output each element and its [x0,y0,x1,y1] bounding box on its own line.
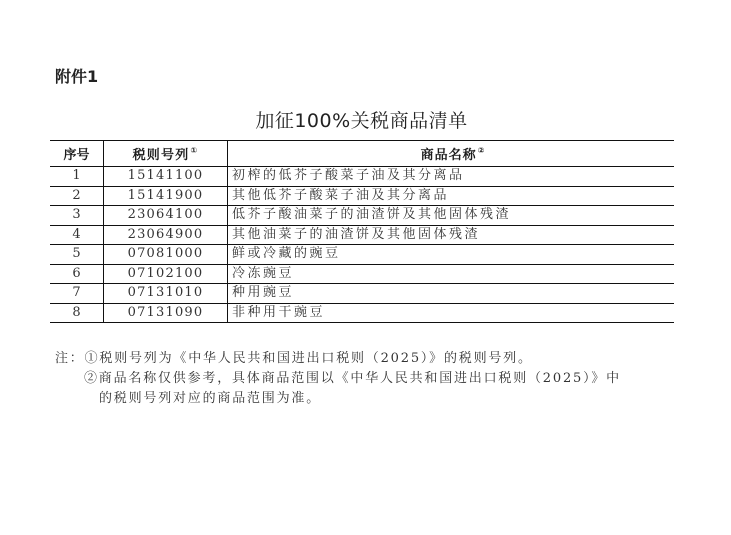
table-row: 6 07102100 冷冻豌豆 [50,264,674,284]
header-tariff-code: 税则号列① [104,141,228,167]
attachment-label: 附件1 [55,64,98,87]
table-row: 4 23064900 其他油菜子的油渣饼及其他固体残渣 [50,225,674,245]
cell-tariff-code: 07131010 [104,284,228,304]
cell-product-name: 种用豌豆 [228,284,675,304]
table-row: 5 07081000 鲜或冷藏的豌豆 [50,245,674,265]
cell-serial-number: 3 [50,206,104,226]
cell-serial-number: 7 [50,284,104,304]
header-product-name: 商品名称② [228,141,675,167]
tariff-goods-table: 序号 税则号列① 商品名称② 1 15141100 初榨的低芥子酸菜子油及其分离… [50,140,674,323]
cell-tariff-code: 23064900 [104,225,228,245]
footnote-2-continued: 的税则号列对应的商品范围为准。 [55,389,695,409]
table-row: 3 23064100 低芥子酸油菜子的油渣饼及其他固体残渣 [50,206,674,226]
footnote-marker-2: ② [478,146,486,155]
cell-serial-number: 2 [50,186,104,206]
cell-product-name: 其他低芥子酸菜子油及其分离品 [228,186,675,206]
cell-serial-number: 1 [50,167,104,187]
cell-product-name: 鲜或冷藏的豌豆 [228,245,675,265]
cell-serial-number: 6 [50,264,104,284]
footnotes: 注：①税则号列为《中华人民共和国进出口税则（2025）》的税则号列。 ②商品名称… [55,349,695,409]
cell-serial-number: 8 [50,303,104,323]
cell-serial-number: 5 [50,245,104,265]
cell-tariff-code: 07081000 [104,245,228,265]
cell-product-name: 其他油菜子的油渣饼及其他固体残渣 [228,225,675,245]
cell-tariff-code: 15141900 [104,186,228,206]
table-row: 1 15141100 初榨的低芥子酸菜子油及其分离品 [50,167,674,187]
cell-tariff-code: 15141100 [104,167,228,187]
cell-tariff-code: 07102100 [104,264,228,284]
table-row: 7 07131010 种用豌豆 [50,284,674,304]
cell-product-name: 低芥子酸油菜子的油渣饼及其他固体残渣 [228,206,675,226]
cell-tariff-code: 23064100 [104,206,228,226]
header-serial-number: 序号 [50,141,104,167]
footnote-1: 注：①税则号列为《中华人民共和国进出口税则（2025）》的税则号列。 [55,349,695,369]
table-header-row: 序号 税则号列① 商品名称② [50,141,674,167]
table-row: 2 15141900 其他低芥子酸菜子油及其分离品 [50,186,674,206]
footnote-2: ②商品名称仅供参考，具体商品范围以《中华人民共和国进出口税则（2025）》中 [55,369,695,389]
cell-product-name: 初榨的低芥子酸菜子油及其分离品 [228,167,675,187]
cell-product-name: 非种用干豌豆 [228,303,675,323]
cell-product-name: 冷冻豌豆 [228,264,675,284]
cell-serial-number: 4 [50,225,104,245]
document-title: 加征100%关税商品清单 [0,106,723,133]
footnote-marker-1: ① [190,146,198,155]
table-row: 8 07131090 非种用干豌豆 [50,303,674,323]
cell-tariff-code: 07131090 [104,303,228,323]
